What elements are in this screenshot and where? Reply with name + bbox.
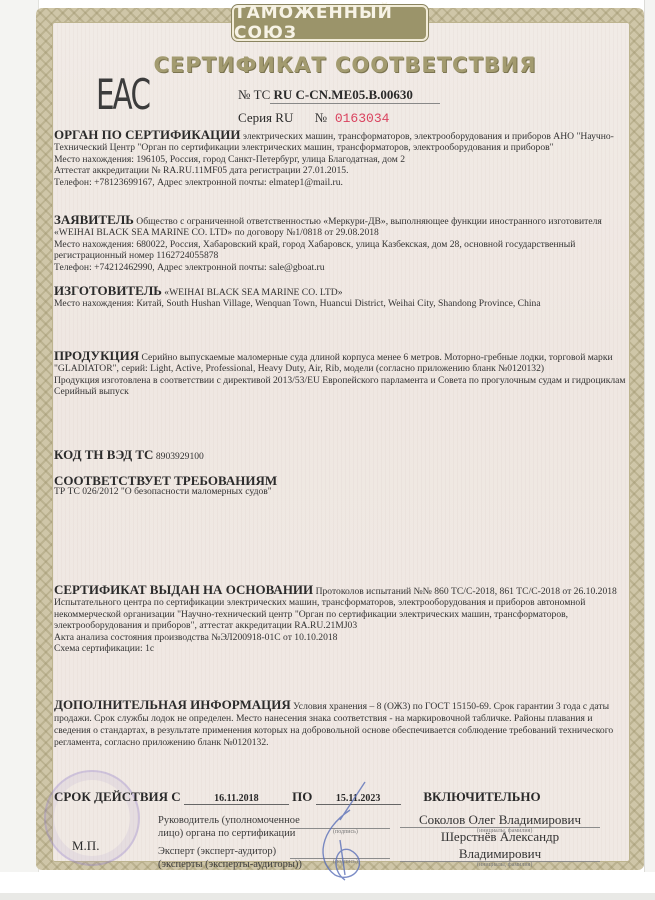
series-no-value: 0163034 — [335, 111, 390, 126]
section-certification-body: ОРГАН ПО СЕРТИФИКАЦИИ электрических маши… — [54, 129, 630, 188]
series-no-prefix: № — [315, 110, 327, 125]
section-heading: ДОПОЛНИТЕЛЬНАЯ ИНФОРМАЦИЯ — [54, 697, 291, 712]
section-text: Схема сертификации: 1с — [54, 643, 630, 654]
expert-label-line1: Эксперт (эксперт-аудитор) — [158, 846, 302, 859]
expert-label-line2: (эксперты (эксперты-аудиторы)) — [158, 859, 302, 872]
scan-bottom-strip — [0, 893, 655, 900]
section-heading: ОРГАН ПО СЕРТИФИКАЦИИ — [54, 127, 241, 142]
certificate-number-prefix: № ТС — [238, 87, 270, 102]
section-text: Аттестат аккредитации № RA.RU.11MF05 дат… — [54, 165, 630, 176]
customs-union-plate: ТАМОЖЕННЫЙ СОЮЗ — [232, 5, 428, 41]
head-label-line2: лицо) органа по сертификации — [158, 828, 300, 841]
section-text: ТР ТС 026/2012 "О безопасности маломерны… — [54, 486, 630, 497]
section-text: Общество с ограниченной ответственностью… — [54, 216, 602, 238]
validity-from-label: СРОК ДЕЙСТВИЯ С — [54, 789, 181, 804]
section-text: Серийный выпуск — [54, 386, 630, 397]
stamp-place-label: М.П. — [72, 838, 99, 854]
expert-signatory-label: Эксперт (эксперт-аудитор) (эксперты (экс… — [158, 846, 302, 871]
section-heading: ИЗГОТОВИТЕЛЬ — [54, 283, 162, 298]
section-heading: СЕРТИФИКАТ ВЫДАН НА ОСНОВАНИИ — [54, 582, 313, 597]
section-issued-basis: СЕРТИФИКАТ ВЫДАН НА ОСНОВАНИИ Протоколов… — [54, 584, 630, 654]
section-text: Акта анализа состояния производства №ЭЛ2… — [54, 632, 630, 643]
section-heading: ЗАЯВИТЕЛЬ — [54, 212, 134, 227]
expert-name-line2: Владимирович — [400, 846, 600, 862]
certificate-number: № ТС RU C-CN.ME05.B.00630 — [238, 87, 413, 103]
section-additional-info: ДОПОЛНИТЕЛЬНАЯ ИНФОРМАЦИЯ Условия хранен… — [54, 699, 630, 749]
section-product: ПРОДУКЦИЯ Серийно выпускаемые маломерные… — [54, 350, 630, 398]
handwritten-signature-icon — [310, 780, 380, 890]
eac-mark-icon: ЕАС — [96, 70, 149, 119]
head-signatory-label: Руководитель (уполномоченное лицо) орган… — [158, 815, 300, 840]
section-heading: КОД ТН ВЭД ТС — [54, 447, 153, 462]
section-text: Место нахождения: 680022, Россия, Хабаро… — [54, 239, 630, 262]
section-text: Телефон: +78123699167, Адрес электронной… — [54, 177, 630, 188]
head-label-line1: Руководитель (уполномоченное — [158, 815, 300, 828]
certificate-title: СЕРТИФИКАТ СООТВЕТСТВИЯ — [150, 53, 540, 77]
section-heading: ПРОДУКЦИЯ — [54, 348, 139, 363]
validity-from-date: 16.11.2018 — [184, 793, 289, 805]
section-hs-code: КОД ТН ВЭД ТС 8903929100 — [54, 449, 630, 462]
scan-edge-right — [644, 0, 655, 872]
certificate-number-value: RU C-CN.ME05.B.00630 — [274, 87, 413, 102]
section-manufacturer: ИЗГОТОВИТЕЛЬ «WEIHAI BLACK SEA MARINE CO… — [54, 285, 630, 310]
hs-code-value: 8903929100 — [156, 451, 204, 462]
section-text: Продукция изготовлена в соответствии с д… — [54, 375, 630, 386]
head-name: Соколов Олег Владимирович — [400, 812, 600, 828]
initials-hint: (инициалы, фамилия) — [477, 862, 532, 868]
section-text: Место нахождения: Китай, South Hushan Vi… — [54, 298, 630, 309]
series-number: Серия RU № 0163034 — [238, 110, 389, 126]
expert-name-line1: Шерстнёв Александр — [400, 829, 600, 845]
section-text: «WEIHAI BLACK SEA MARINE CO. LTD» — [164, 287, 342, 298]
section-text: Место нахождения: 196105, Россия, город … — [54, 154, 630, 165]
validity-period: СРОК ДЕЙСТВИЯ С 16.11.2018 ПО 15.11.2023… — [54, 789, 541, 805]
customs-union-label: ТАМОЖЕННЫЙ СОЮЗ — [234, 3, 426, 43]
section-text: Телефон: +74212462990, Адрес электронной… — [54, 262, 630, 273]
scan-edge-left — [0, 0, 39, 872]
validity-inclusive-label: ВКЛЮЧИТЕЛЬНО — [423, 789, 540, 804]
certificate-number-underline — [270, 103, 440, 104]
section-applicant: ЗАЯВИТЕЛЬ Общество с ограниченной ответс… — [54, 214, 630, 273]
section-heading: СООТВЕТСТВУЕТ ТРЕБОВАНИЯМ — [54, 475, 630, 486]
section-conforms: СООТВЕТСТВУЕТ ТРЕБОВАНИЯМ ТР ТС 026/2012… — [54, 475, 630, 498]
series-label: Серия RU — [238, 110, 293, 125]
series-blank-number: № 0163034 — [315, 111, 390, 126]
